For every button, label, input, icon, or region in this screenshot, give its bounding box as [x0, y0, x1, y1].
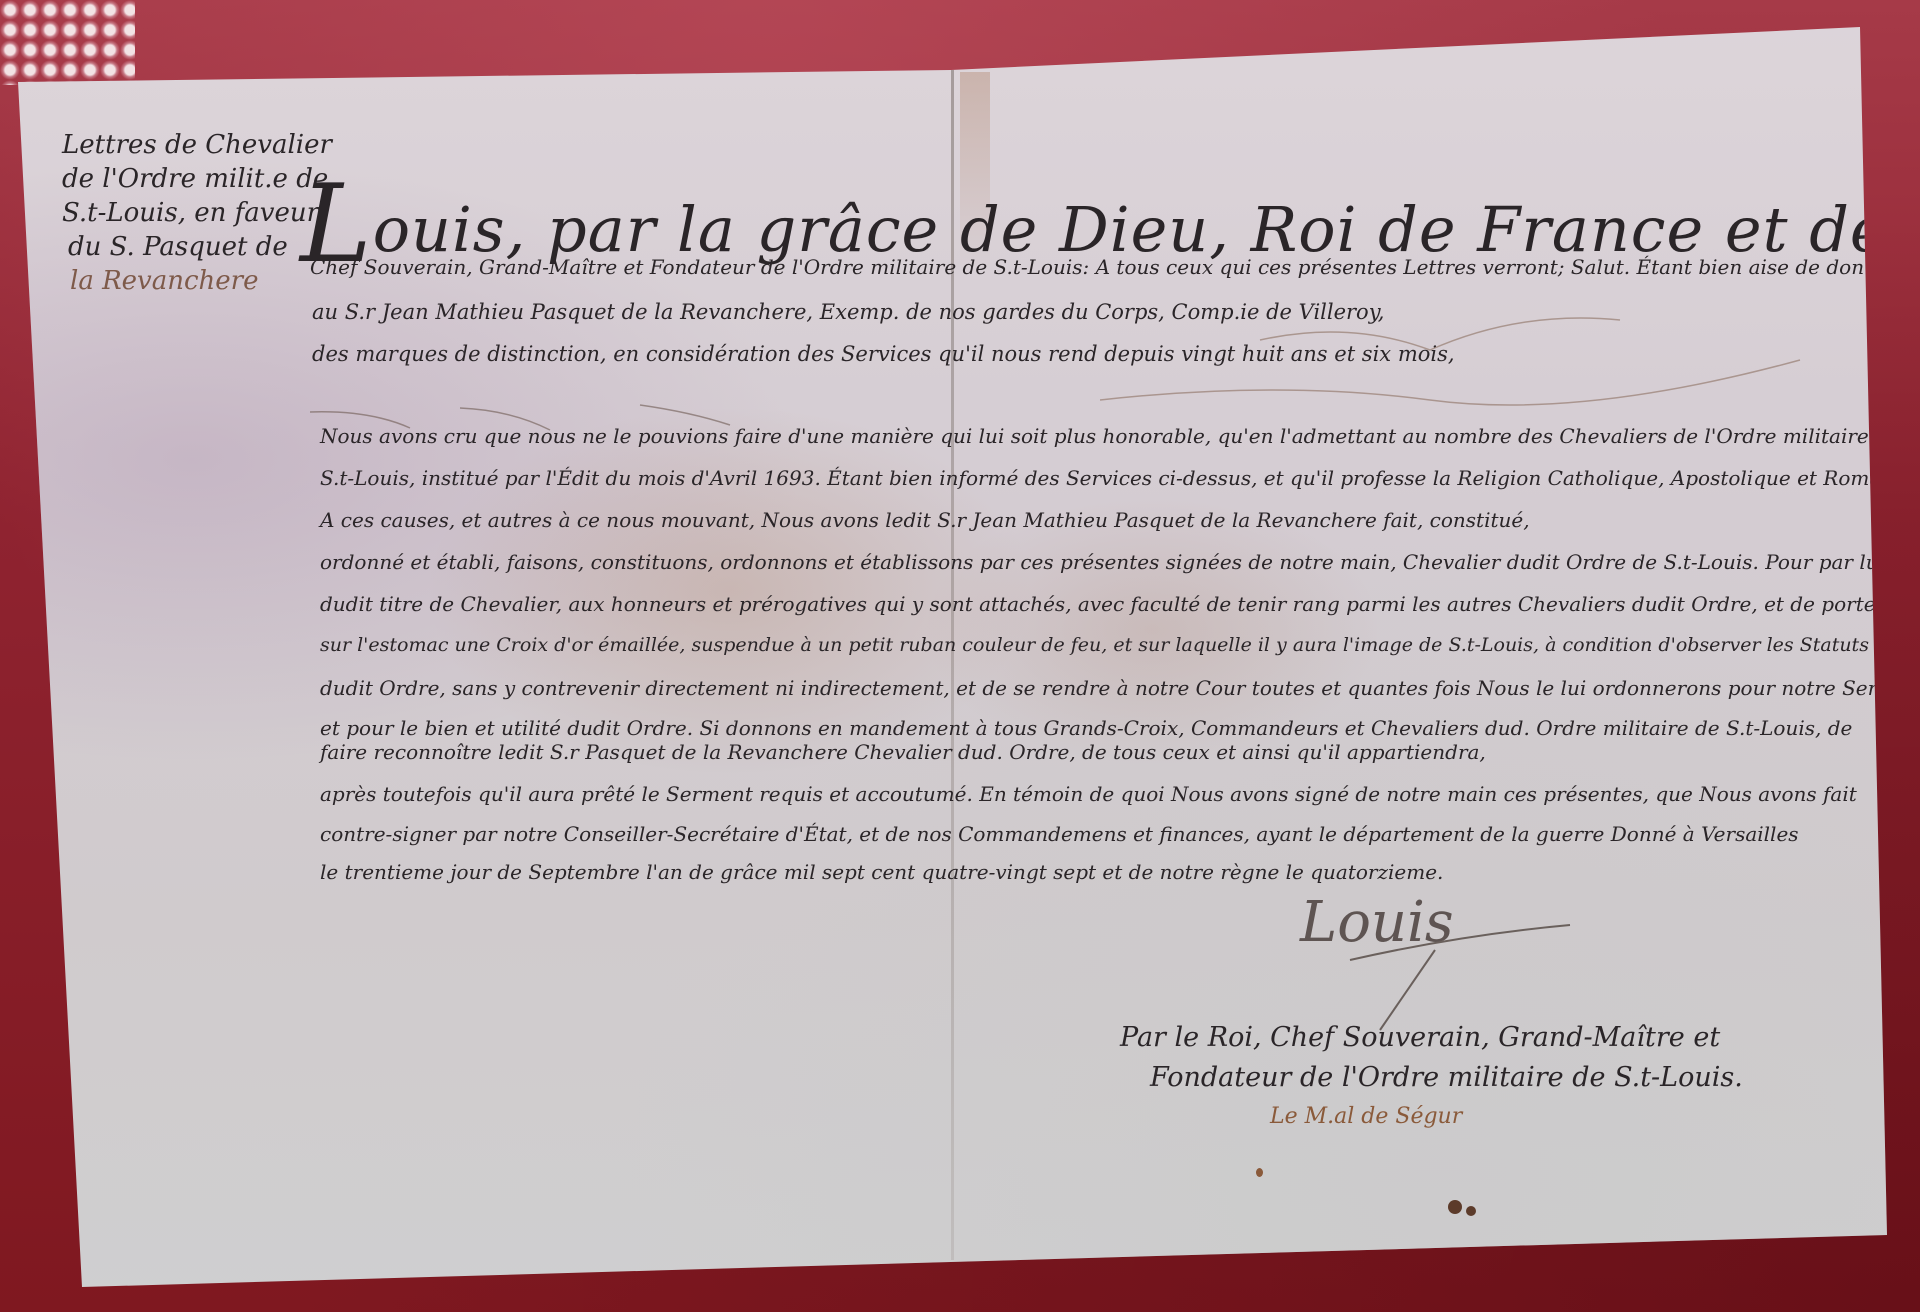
body-line-6: sur l'estomac une Croix d'or émaillée, s…: [320, 634, 1869, 656]
margin-note-line-1: Lettres de Chevalier: [62, 128, 332, 162]
margin-note-line-2: de l'Ordre milit.e de: [62, 162, 328, 196]
light-reflection-glare: [0, 0, 135, 85]
margin-note-line-4: du S. Pasquet de: [68, 230, 288, 264]
countersign-line-2: Fondateur de l'Ordre militaire de S.t-Lo…: [1150, 1062, 1743, 1093]
flourish-lines-icon: [1100, 300, 1820, 420]
secretary-signature: Le M.al de Ségur: [1270, 1104, 1462, 1129]
body-line-8: et pour le bien et utilité dudit Ordre. …: [320, 716, 1852, 740]
body-line-9: faire reconnoître ledit S.r Pasquet de l…: [320, 740, 1486, 764]
body-line-2: S.t-Louis, institué par l'Édit du mois d…: [320, 466, 1919, 490]
ink-blot: [1466, 1206, 1476, 1216]
preamble-line-1: Chef Souverain, Grand-Maître et Fondateu…: [310, 255, 1898, 279]
flourish-lines-icon: [310, 400, 1010, 440]
body-line-11: contre-signer par notre Conseiller-Secré…: [320, 822, 1799, 846]
body-line-10: après toutefois qu'il aura prêté le Serm…: [320, 782, 1857, 806]
body-line-5: dudit titre de Chevalier, aux honneurs e…: [320, 592, 1885, 616]
body-line-12: le trentieme jour de Septembre l'an de g…: [320, 860, 1443, 884]
ink-blot: [1256, 1168, 1263, 1177]
ink-blot: [1448, 1200, 1462, 1214]
margin-note-line-5: la Revanchere: [70, 264, 259, 298]
body-line-7: dudit Ordre, sans y contrevenir directem…: [320, 676, 1918, 700]
countersign-line-1: Par le Roi, Chef Souverain, Grand-Maître…: [1120, 1022, 1720, 1053]
parchment-document: Lettres de Chevalier de l'Ordre milit.e …: [0, 0, 1920, 1312]
body-line-3: A ces causes, et autres à ce nous mouvan…: [320, 508, 1530, 532]
margin-note-line-3: S.t-Louis, en faveur: [62, 196, 319, 230]
body-line-4: ordonné et établi, faisons, constituons,…: [320, 550, 1920, 574]
